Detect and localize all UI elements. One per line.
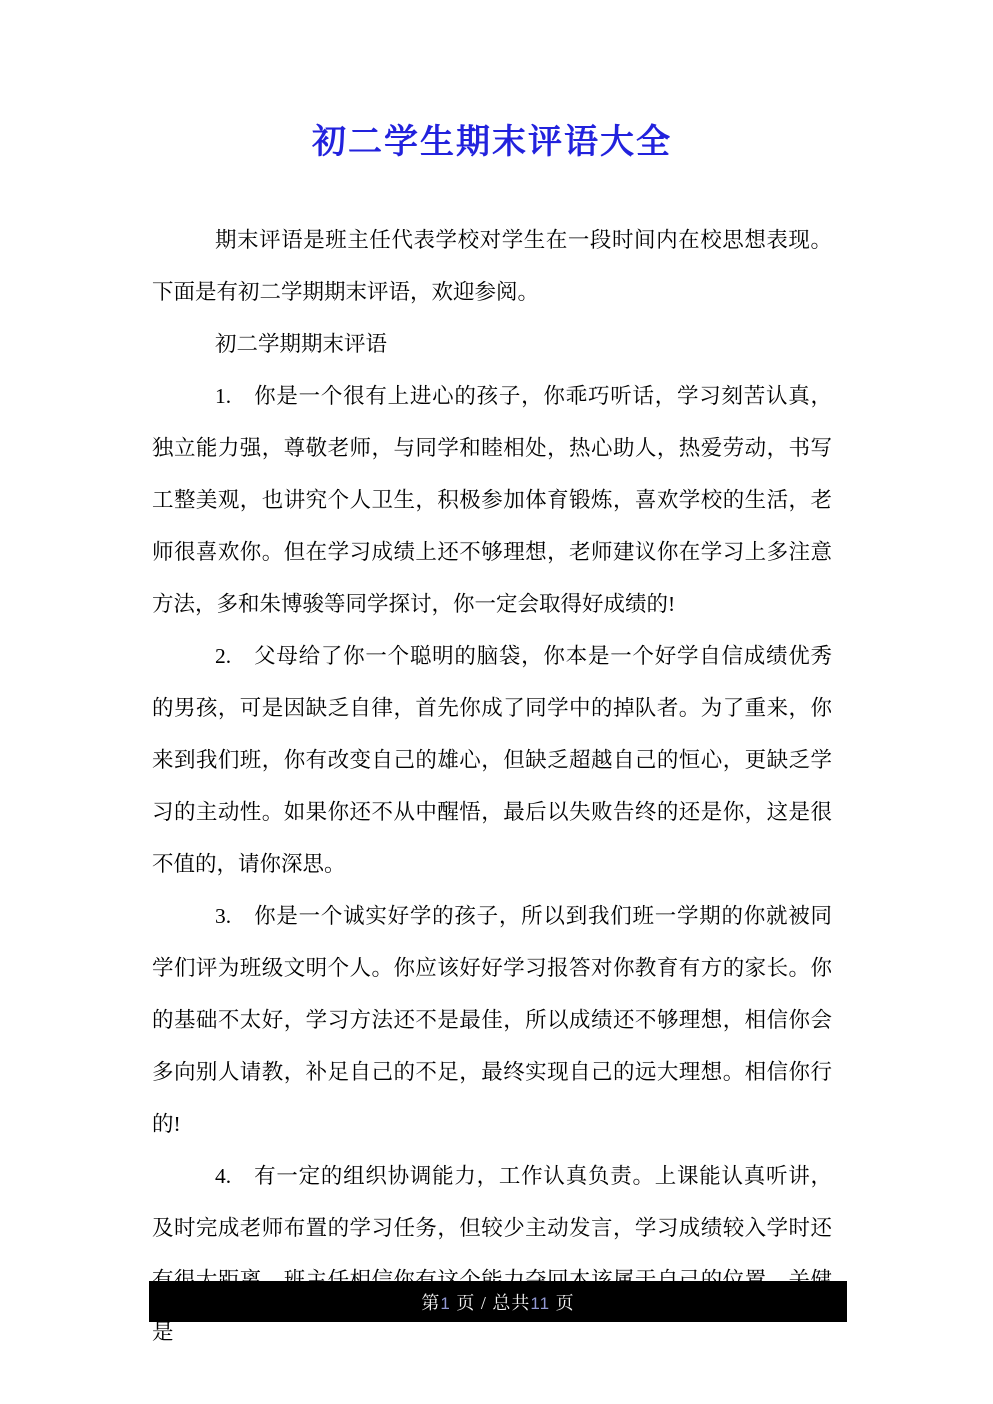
comment-item-1: 1. 你是一个很有上进心的孩子，你乖巧听话，学习刻苦认真，独立能力强，尊敬老师，… <box>152 370 832 630</box>
intro-paragraph: 期末评语是班主任代表学校对学生在一段时间内在校思想表现。下面是有初二学期期末评语… <box>152 214 832 318</box>
comment-item-3: 3. 你是一个诚实好学的孩子，所以到我们班一学期的你就被同学们评为班级文明个人。… <box>152 890 832 1150</box>
page-footer-bar: 第1 页 / 总共11 页 <box>149 1281 847 1322</box>
footer-separator: 页 / 总共 <box>451 1293 531 1313</box>
footer-prefix: 第 <box>421 1293 440 1313</box>
page-number-indicator: 第1 页 / 总共11 页 <box>421 1289 574 1315</box>
document-page: 初二学生期末评语大全 期末评语是班主任代表学校对学生在一段时间内在校思想表现。下… <box>0 0 993 1404</box>
total-page-count: 11 <box>530 1294 550 1313</box>
comment-item-2: 2. 父母给了你一个聪明的脑袋，你本是一个好学自信成绩优秀的男孩，可是因缺乏自律… <box>152 630 832 890</box>
current-page-number: 1 <box>440 1294 450 1313</box>
comment-item-4: 4. 有一定的组织协调能力，工作认真负责。上课能认真听讲，及时完成老师布置的学习… <box>152 1150 832 1358</box>
footer-suffix: 页 <box>550 1293 575 1313</box>
document-body: 期末评语是班主任代表学校对学生在一段时间内在校思想表现。下面是有初二学期期末评语… <box>152 214 832 1358</box>
page-title: 初二学生期末评语大全 <box>152 121 832 165</box>
section-heading-line: 初二学期期末评语 <box>152 318 832 370</box>
